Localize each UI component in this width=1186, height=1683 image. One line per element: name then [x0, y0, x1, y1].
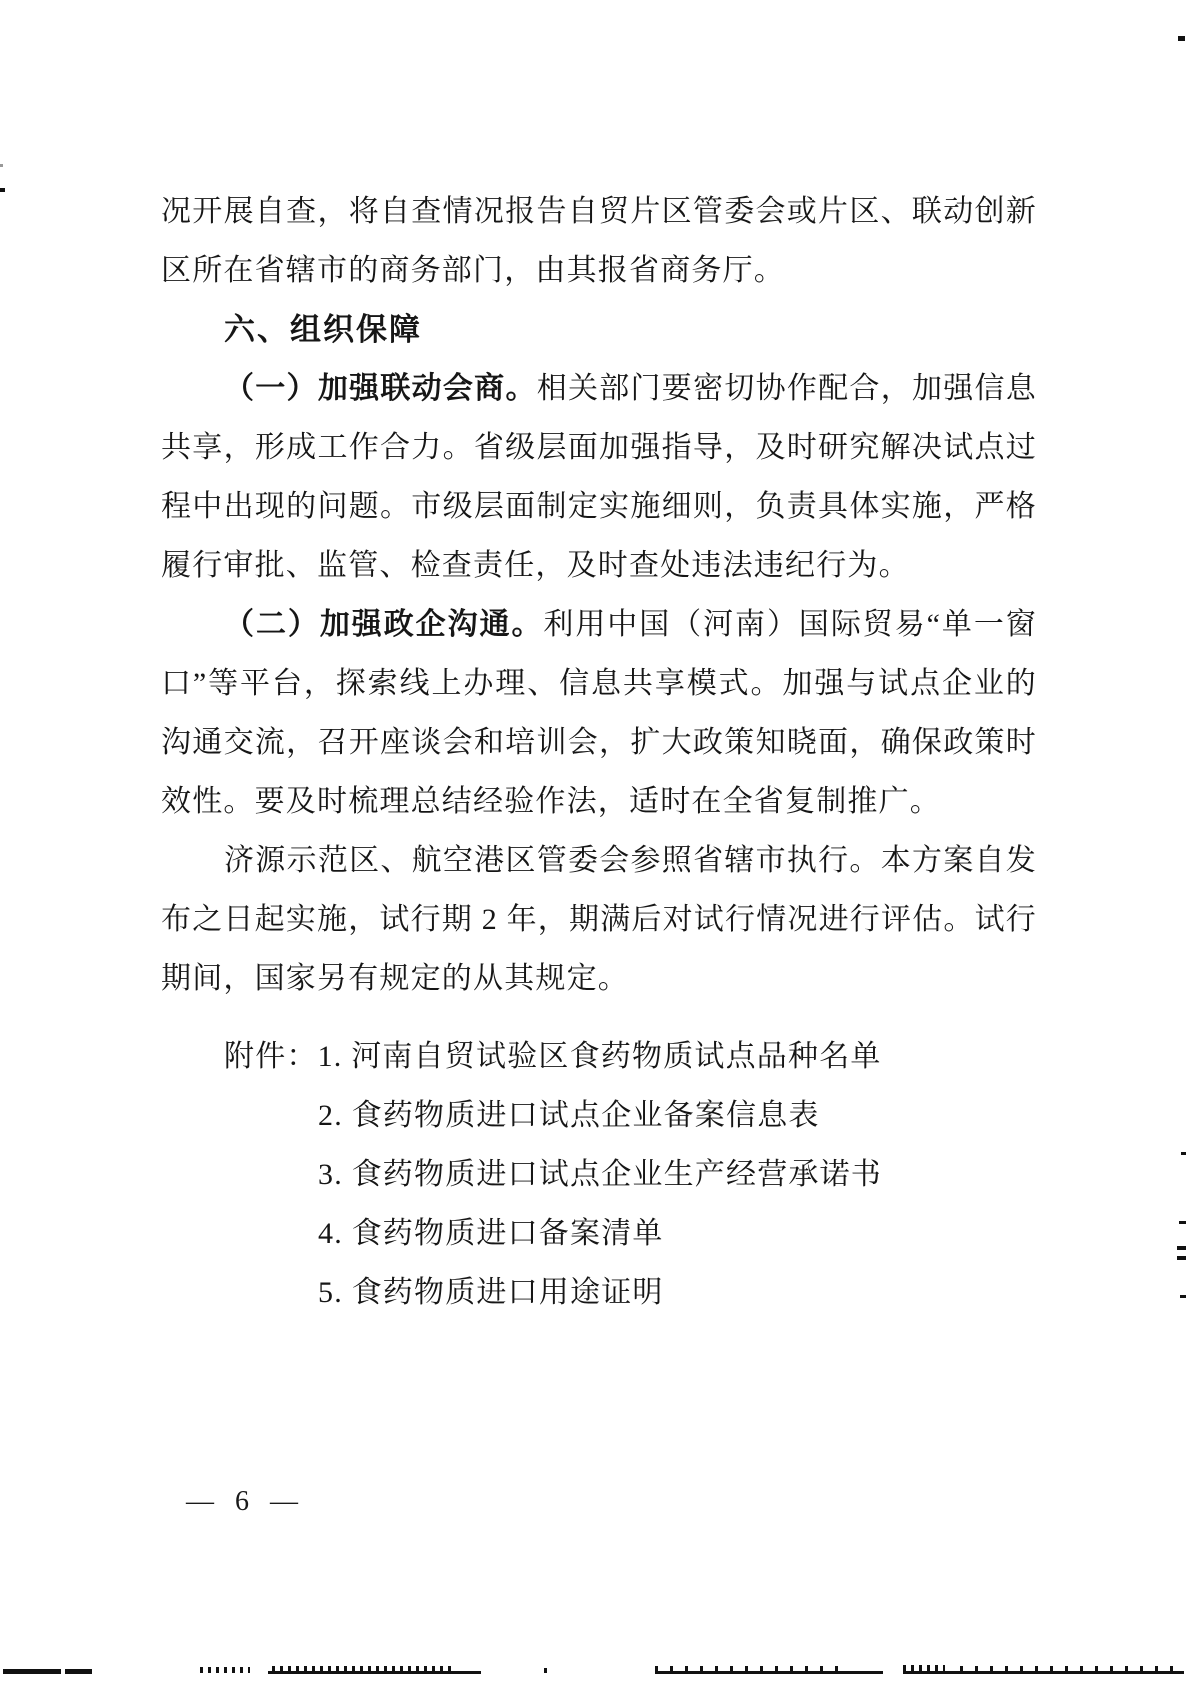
body-line: 布之日起实施，试行期 2 年，期满后对试行情况进行评估。试行: [161, 890, 1037, 949]
attachment-item: 5. 食药物质进口用途证明: [161, 1263, 1037, 1322]
paragraph-two: （二）加强政企沟通。利用中国（河南）国际贸易“单一窗 口”等平台，探索线上办理、…: [161, 595, 1037, 831]
scan-artifact: [1181, 1152, 1186, 1155]
scan-artifact: [544, 1668, 547, 1673]
scan-artifact: [1178, 36, 1185, 41]
document-body: 况开展自查，将自查情况报告自贸片区管委会或片区、联动创新 区所在省辖市的商务部门…: [161, 182, 1037, 1322]
body-line: 履行审批、监管、检查责任，及时查处违法违纪行为。: [161, 536, 1037, 595]
paragraph-lead: （一）加强联动会商。: [224, 372, 537, 405]
attachment-item: 3. 食药物质进口试点企业生产经营承诺书: [161, 1145, 1037, 1204]
paragraph-lead: （二）加强政企沟通。: [224, 608, 543, 641]
body-line: （一）加强联动会商。相关部门要密切协作配合，加强信息: [161, 359, 1037, 418]
attachment-item: 1. 河南自贸试验区食药物质试点品种名单: [318, 1040, 882, 1073]
scan-artifact: [1179, 1221, 1186, 1224]
scan-artifact: [1180, 1295, 1186, 1298]
body-line: 沟通交流，召开座谈会和培训会，扩大政策知晓面，确保政策时: [161, 713, 1037, 772]
section-heading: 六、组织保障: [161, 300, 1037, 359]
attachment-line-1: 附件：1. 河南自贸试验区食药物质试点品种名单: [161, 1027, 1037, 1086]
paragraph-continuation: 况开展自查，将自查情况报告自贸片区管委会或片区、联动创新 区所在省辖市的商务部门…: [161, 182, 1037, 300]
attachment-label: 附件：: [224, 1040, 318, 1073]
paragraph-three: 济源示范区、航空港区管委会参照省辖市执行。本方案自发 布之日起实施，试行期 2 …: [161, 831, 1037, 1008]
attachment-list: 附件：1. 河南自贸试验区食药物质试点品种名单 2. 食药物质进口试点企业备案信…: [161, 1027, 1037, 1322]
body-text: 利用中国（河南）国际贸易“单一窗: [543, 608, 1037, 641]
paragraph-one: （一）加强联动会商。相关部门要密切协作配合，加强信息 共享，形成工作合力。省级层…: [161, 359, 1037, 595]
scan-artifact: [65, 1669, 92, 1674]
body-line: 共享，形成工作合力。省级层面加强指导，及时研究解决试点过: [161, 418, 1037, 477]
body-line: 济源示范区、航空港区管委会参照省辖市执行。本方案自发: [161, 831, 1037, 890]
scan-artifact: [1177, 1246, 1186, 1250]
scan-artifact: [200, 1667, 250, 1673]
scan-artifact: [1177, 1256, 1186, 1260]
body-line: 效性。要及时梳理总结经验作法，适时在全省复制推广。: [161, 772, 1037, 831]
scan-artifact: [960, 1666, 1184, 1671]
attachment-item: 2. 食药物质进口试点企业备案信息表: [161, 1086, 1037, 1145]
body-line: 程中出现的问题。市级层面制定实施细则，负责具体实施，严格: [161, 477, 1037, 536]
scan-artifact: [0, 188, 5, 192]
scan-artifact: [3, 1669, 61, 1674]
body-line: 况开展自查，将自查情况报告自贸片区管委会或片区、联动创新: [161, 182, 1037, 241]
body-line: 口”等平台，探索线上办理、信息共享模式。加强与试点企业的: [161, 654, 1037, 713]
body-line: （二）加强政企沟通。利用中国（河南）国际贸易“单一窗: [161, 595, 1037, 654]
scan-artifact: [903, 1671, 1184, 1674]
document-page: 况开展自查，将自查情况报告自贸片区管委会或片区、联动创新 区所在省辖市的商务部门…: [0, 0, 1186, 1683]
body-line: 区所在省辖市的商务部门，由其报省商务厅。: [161, 241, 1037, 300]
page-number: — 6 —: [186, 1486, 300, 1518]
body-text: 相关部门要密切协作配合，加强信息: [537, 372, 1037, 405]
attachment-item: 4. 食药物质进口备案清单: [161, 1204, 1037, 1263]
scan-artifact: [655, 1666, 845, 1671]
scan-artifact: [272, 1666, 452, 1671]
scan-artifact: [903, 1665, 945, 1671]
scan-artifact: [268, 1671, 481, 1674]
body-line: 期间，国家另有规定的从其规定。: [161, 949, 1037, 1008]
scan-artifact: [655, 1671, 883, 1674]
scan-artifact: [0, 164, 3, 167]
